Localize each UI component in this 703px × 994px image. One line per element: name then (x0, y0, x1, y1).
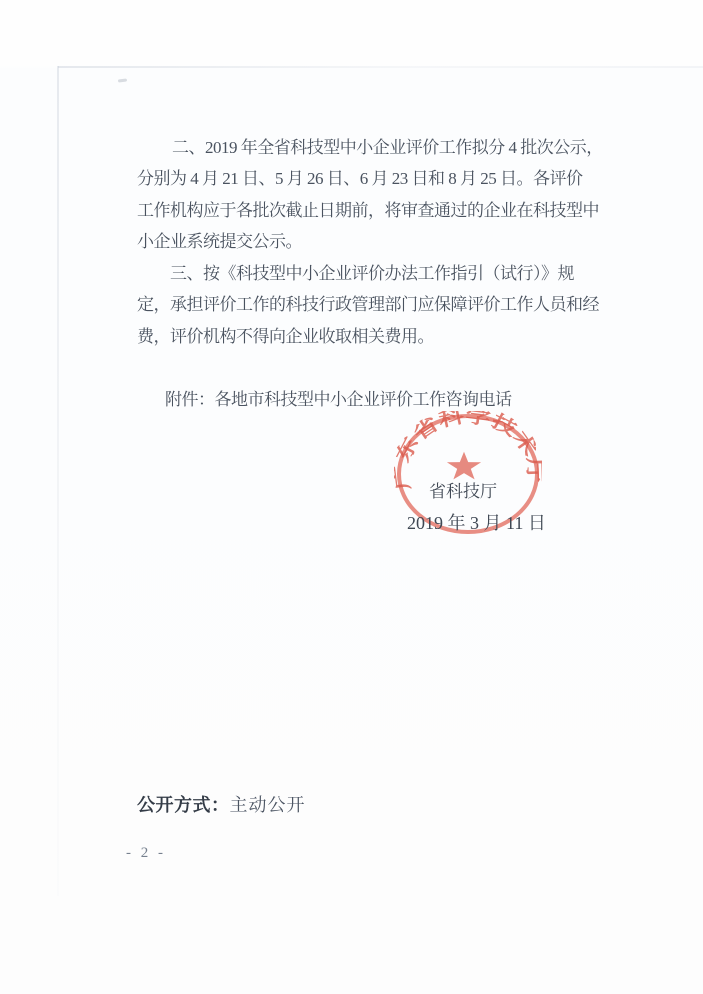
paragraph-2-line-3: 费，评价机构不得向企业收取相关费用。 (137, 326, 434, 348)
paragraph-1-line-2: 分别为 4 月 21 日、5 月 26 日、6 月 23 日和 8 月 25 日… (137, 168, 583, 190)
paragraph-1-line-3: 工作机构应于各批次截止日期前，将审查通过的企业在科技型中 (137, 200, 599, 222)
disclosure-label: 公开方式： (137, 795, 230, 815)
paragraph-2-line-1: 三、按《科技型中小企业评价办法工作指引（试行）》规 (170, 263, 574, 285)
scanned-document-page: 二、2019 年全省科技型中小企业评价工作拟分 4 批次公示， 分别为 4 月 … (0, 0, 703, 994)
paper-edge-left (57, 66, 59, 896)
paragraph-1-line-1: 二、2019 年全省科技型中小企业评价工作拟分 4 批次公示， (172, 137, 603, 159)
scan-artifact-speck (118, 78, 127, 82)
page-number: - 2 - (126, 845, 166, 862)
issuer-signature: 省科技厅 (429, 477, 497, 502)
seal-star-icon (447, 452, 481, 480)
attachment-note: 附件：各地市科技型中小企业评价工作咨询电话 (165, 385, 512, 410)
paragraph-1-line-4: 小企业系统提交公示。 (137, 231, 302, 253)
paragraph-2-line-2: 定，承担评价工作的科技行政管理部门应保障评价工作人员和经 (137, 294, 599, 316)
disclosure-value: 主动公开 (230, 795, 306, 815)
paper-edge-top (58, 66, 703, 68)
signature-date: 2019 年 3 月 11 日 (407, 509, 546, 535)
disclosure-line: 公开方式：主动公开 (137, 791, 306, 817)
